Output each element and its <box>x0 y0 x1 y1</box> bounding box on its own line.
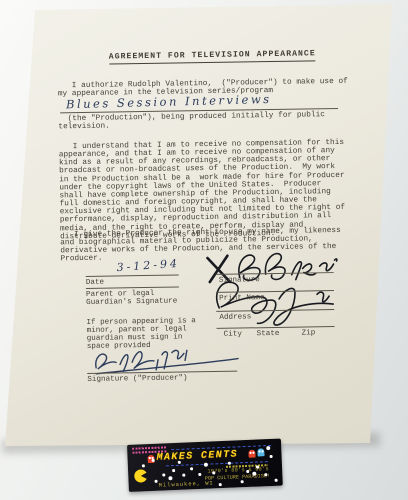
paragraph-production: (the "Production"), being produced initi… <box>58 111 360 132</box>
state-label: State <box>257 330 280 338</box>
ghost-icon-red-right <box>248 450 255 458</box>
card-location: Milwaukee, WI <box>159 480 214 488</box>
date-line <box>86 274 179 276</box>
pacman-icon <box>134 469 148 483</box>
paragraph-compensation: I understand that I am to receive no com… <box>59 139 363 242</box>
document-content: AGREEMENT FOR TELEVISION APPEARANCE I au… <box>0 0 408 500</box>
producer-signature-label: Signature ("Producer") <box>87 374 187 384</box>
business-card: MAKES CENTS 1970's 80's & 90's POP CULTU… <box>127 439 283 492</box>
agreement-document-paper: AGREEMENT FOR TELEVISION APPEARANCE I au… <box>0 0 408 500</box>
store-name: MAKES CENTS <box>156 449 238 463</box>
guardian-signature-label: Parent or legal Guardian's Signature <box>86 290 177 308</box>
print-name-label: Print Name <box>219 294 265 303</box>
guardian-signature-line <box>86 286 179 288</box>
document-title-wrap: AGREEMENT FOR TELEVISION APPEARANCE <box>87 42 337 64</box>
ghost-icon-cyan-right <box>257 448 264 456</box>
address-label: Address <box>219 313 251 322</box>
pellet-dots-big <box>127 445 131 449</box>
zip-label: Zip <box>302 329 316 337</box>
ghost-icon-red-left <box>147 455 154 463</box>
document-title: AGREEMENT FOR TELEVISION APPEARANCE <box>109 49 316 64</box>
date-label: Date <box>86 279 104 287</box>
city-label: City <box>224 331 242 339</box>
